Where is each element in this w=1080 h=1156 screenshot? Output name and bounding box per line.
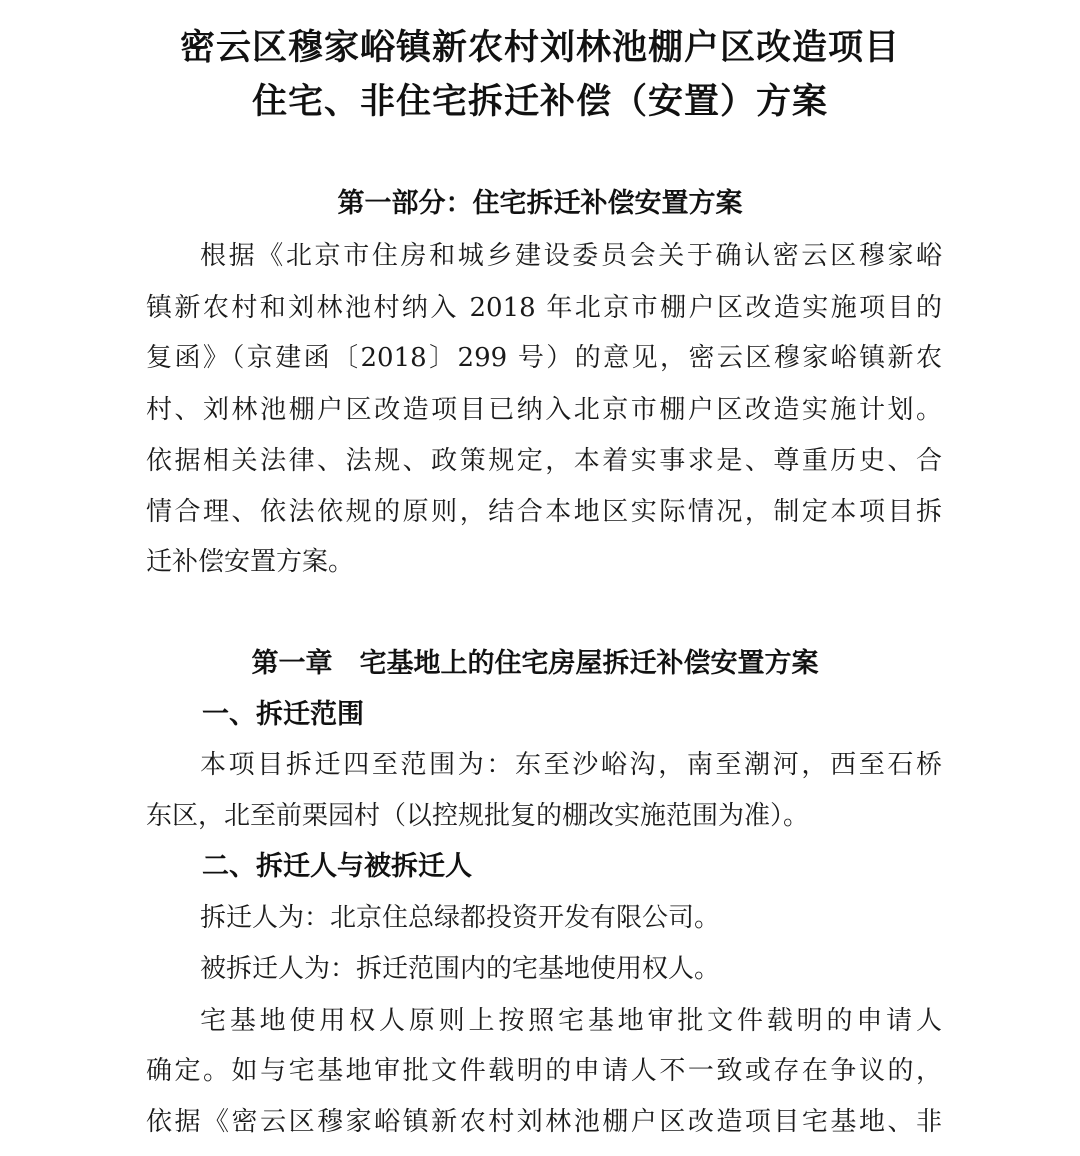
intro-paragraph-line: 依据相关法律、法规、政策规定，本着实事求是、尊重历史、合 [146, 443, 942, 479]
intro-paragraph-line: 镇新农村和刘林池村纳入 2018 年北京市棚户区改造实施项目的 [146, 290, 942, 326]
intro-paragraph-line: 情合理、依法依规的原则，结合本地区实际情况，制定本项目拆 [146, 494, 942, 530]
parties-paragraph-line: 拆迁人为：北京住总绿都投资开发有限公司。 [200, 900, 942, 936]
document-page: 密云区穆家峪镇新农村刘林池棚户区改造项目 住宅、非住宅拆迁补偿（安置）方案 第一… [0, 0, 1080, 1156]
document-title-line-2: 住宅、非住宅拆迁补偿（安置）方案 [0, 80, 1080, 124]
part-heading: 第一部分：住宅拆迁补偿安置方案 [0, 186, 1080, 222]
parties-paragraph2-line: 宅基地使用权人原则上按照宅基地审批文件载明的申请人 [200, 1003, 942, 1039]
intro-paragraph-line: 根据《北京市住房和城乡建设委员会关于确认密云区穆家峪 [200, 238, 942, 274]
intro-paragraph-line: 迁补偿安置方案。 [146, 544, 942, 580]
document-title-line-1: 密云区穆家峪镇新农村刘林池棚户区改造项目 [0, 26, 1080, 70]
chapter-heading: 第一章 宅基地上的住宅房屋拆迁补偿安置方案 [0, 646, 1075, 682]
parties-paragraph2-line: 确定。如与宅基地审批文件载明的申请人不一致或存在争议的， [146, 1053, 942, 1089]
intro-paragraph-line: 村、刘林池棚户区改造项目已纳入北京市棚户区改造实施计划。 [146, 392, 942, 428]
scope-paragraph-line: 东区，北至前栗园村（以控规批复的棚改实施范围为准）。 [146, 798, 942, 834]
scope-paragraph-line: 本项目拆迁四至范围为：东至沙峪沟，南至潮河，西至石桥 [200, 747, 942, 783]
section-heading-parties: 二、拆迁人与被拆迁人 [202, 849, 472, 885]
section-heading-scope: 一、拆迁范围 [202, 697, 364, 733]
parties-paragraph-line: 被拆迁人为：拆迁范围内的宅基地使用权人。 [200, 951, 942, 987]
intro-paragraph-line: 复函》（京建函〔2018〕299 号）的意见，密云区穆家峪镇新农 [146, 340, 942, 376]
parties-paragraph2-line: 依据《密云区穆家峪镇新农村刘林池棚户区改造项目宅基地、非 [146, 1104, 942, 1140]
